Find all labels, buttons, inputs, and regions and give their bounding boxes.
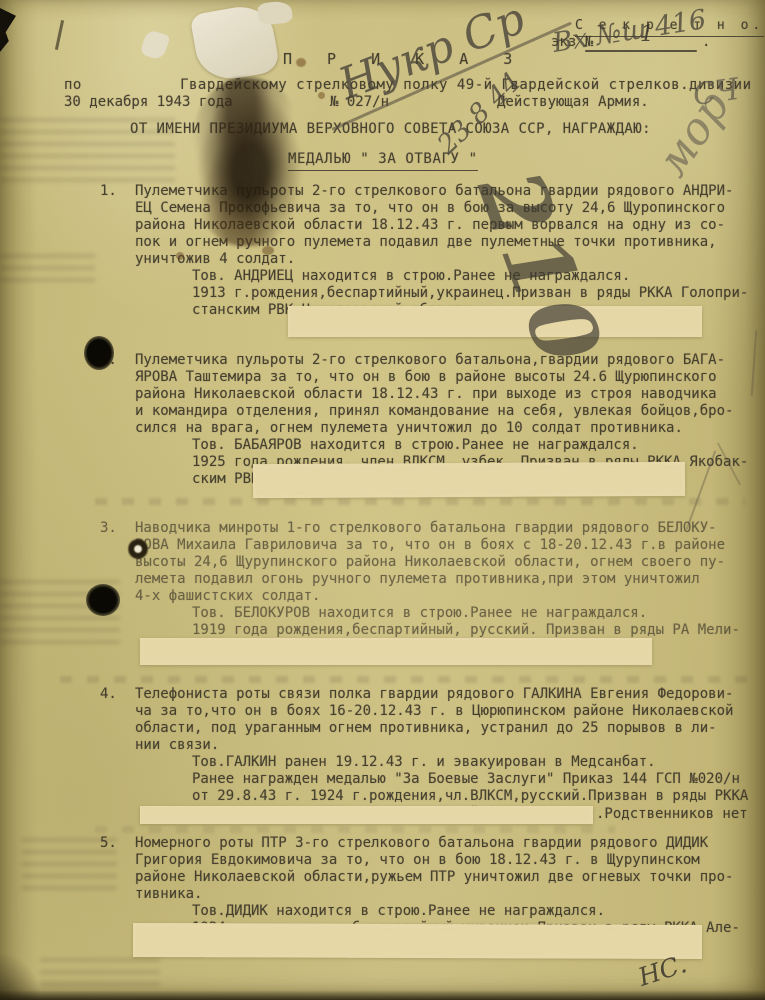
smudge-row [95, 498, 745, 505]
punch-hole [86, 584, 120, 616]
redaction-block [140, 638, 652, 665]
text-line: Тов. БАБАЯРОВ находится в строю.Ранее не… [192, 437, 755, 454]
text-line: сился на врага, огнем пулемета уничтожил… [135, 420, 755, 437]
text-line: РОВА Михаила Гавриловича за то, что он в… [135, 537, 755, 554]
text-line: Григория Евдокимовича за то, что он в бо… [135, 852, 755, 869]
text-line: области, под ураганным огнем противника,… [135, 720, 755, 737]
text-line: Тов.ГАЛКИН ранен 19.12.43 г. и эвакуиров… [192, 754, 755, 771]
award-item-3: 3.Наводчика минроты 1-го стрелкового бат… [100, 520, 755, 656]
text-line: тивника. [135, 886, 755, 903]
text-line: Тов. БЕЛОКУРОВ находится в строю.Ранее н… [192, 605, 755, 622]
ghost-text-smear [40, 956, 160, 986]
text-line: уничтожив 4 солдат. [135, 251, 755, 268]
text-line: от 29.8.43 г. 1924 г.рождения,чл.ВЛКСМ,р… [192, 788, 755, 805]
text-line: нии связи. [135, 737, 755, 754]
relatives-note: .Родственников нет [596, 806, 748, 823]
item-number: 1. [100, 183, 117, 200]
redaction-block [140, 806, 593, 824]
text-line: 1919 года рождения,беспартийный, русский… [192, 622, 755, 639]
rust-speck [262, 246, 274, 255]
ink-stain [190, 78, 305, 246]
ghost-text-smear [0, 246, 95, 282]
text-line: 1913 г.рождения,беспартийный,украинец.Пр… [192, 285, 755, 302]
text-line: Тов.ДИДИК находится в строю.Ранее не наг… [192, 903, 755, 920]
army-label: Действующая Армия. [497, 94, 649, 111]
text-line: высоты 24,6 Щурупинского района Николаев… [135, 554, 755, 571]
rust-speck [318, 92, 325, 99]
redaction-block [133, 923, 702, 959]
rust-speck [176, 252, 184, 260]
edge-scratch [55, 20, 64, 50]
text-line: ЯРОВА Таштемира за то, что он в бою в ра… [135, 369, 755, 386]
rust-speck [296, 58, 306, 67]
redaction-block [253, 462, 685, 498]
award-item-4: 4.Телефониста роты связи полка гвардии р… [100, 686, 755, 822]
smudge-row [95, 826, 615, 833]
item-number: 3. [100, 520, 117, 537]
text-line: и командира отделения, принял командован… [135, 403, 755, 420]
text-line: 4-х фашистских солдат. [135, 588, 755, 605]
handwritten-margin-scrawl: мор [650, 84, 737, 184]
text-line: Тов. АНДРИЕЦ находится в строю.Ранее не … [192, 268, 755, 285]
smudge-row [60, 676, 760, 683]
corner-shadow [0, 952, 42, 1000]
redaction-block [288, 306, 702, 337]
item-number: 4. [100, 686, 117, 703]
text-line: района Николаевской области 18.12.43 г. … [135, 386, 755, 403]
punch-hole [84, 336, 114, 370]
text-line: Номерного роты ПТР 3-го стрелкового бата… [135, 835, 755, 852]
text-line: районе Николаевской области,ружьем ПТР у… [135, 869, 755, 886]
text-line: ча за то,что он в боях 16-20.12.43 г. в … [135, 703, 755, 720]
text-line: Пулеметчика пульроты 2-го стрелкового ба… [135, 352, 755, 369]
text-line: Телефониста роты связи полка гвардии ряд… [135, 686, 755, 703]
torn-paper-patch [257, 0, 293, 25]
edge-tear-mark [0, 8, 16, 52]
item-number: 5. [100, 835, 117, 852]
paper-tear [128, 538, 148, 560]
copy-dot: . [702, 34, 710, 51]
text-line: Ранее награжден медалью "За Боевые Заслу… [192, 771, 755, 788]
bottom-edge-shadow [0, 990, 765, 1000]
text-line: Наводчика минроты 1-го стрелкового батал… [135, 520, 755, 537]
scanned-order-document: С е к р е т н о. экз № 1 . П Р И К А З п… [0, 0, 765, 1000]
torn-paper-patch [140, 29, 171, 61]
text-line: лемета подавил огонь ручного пулемета пр… [135, 571, 755, 588]
